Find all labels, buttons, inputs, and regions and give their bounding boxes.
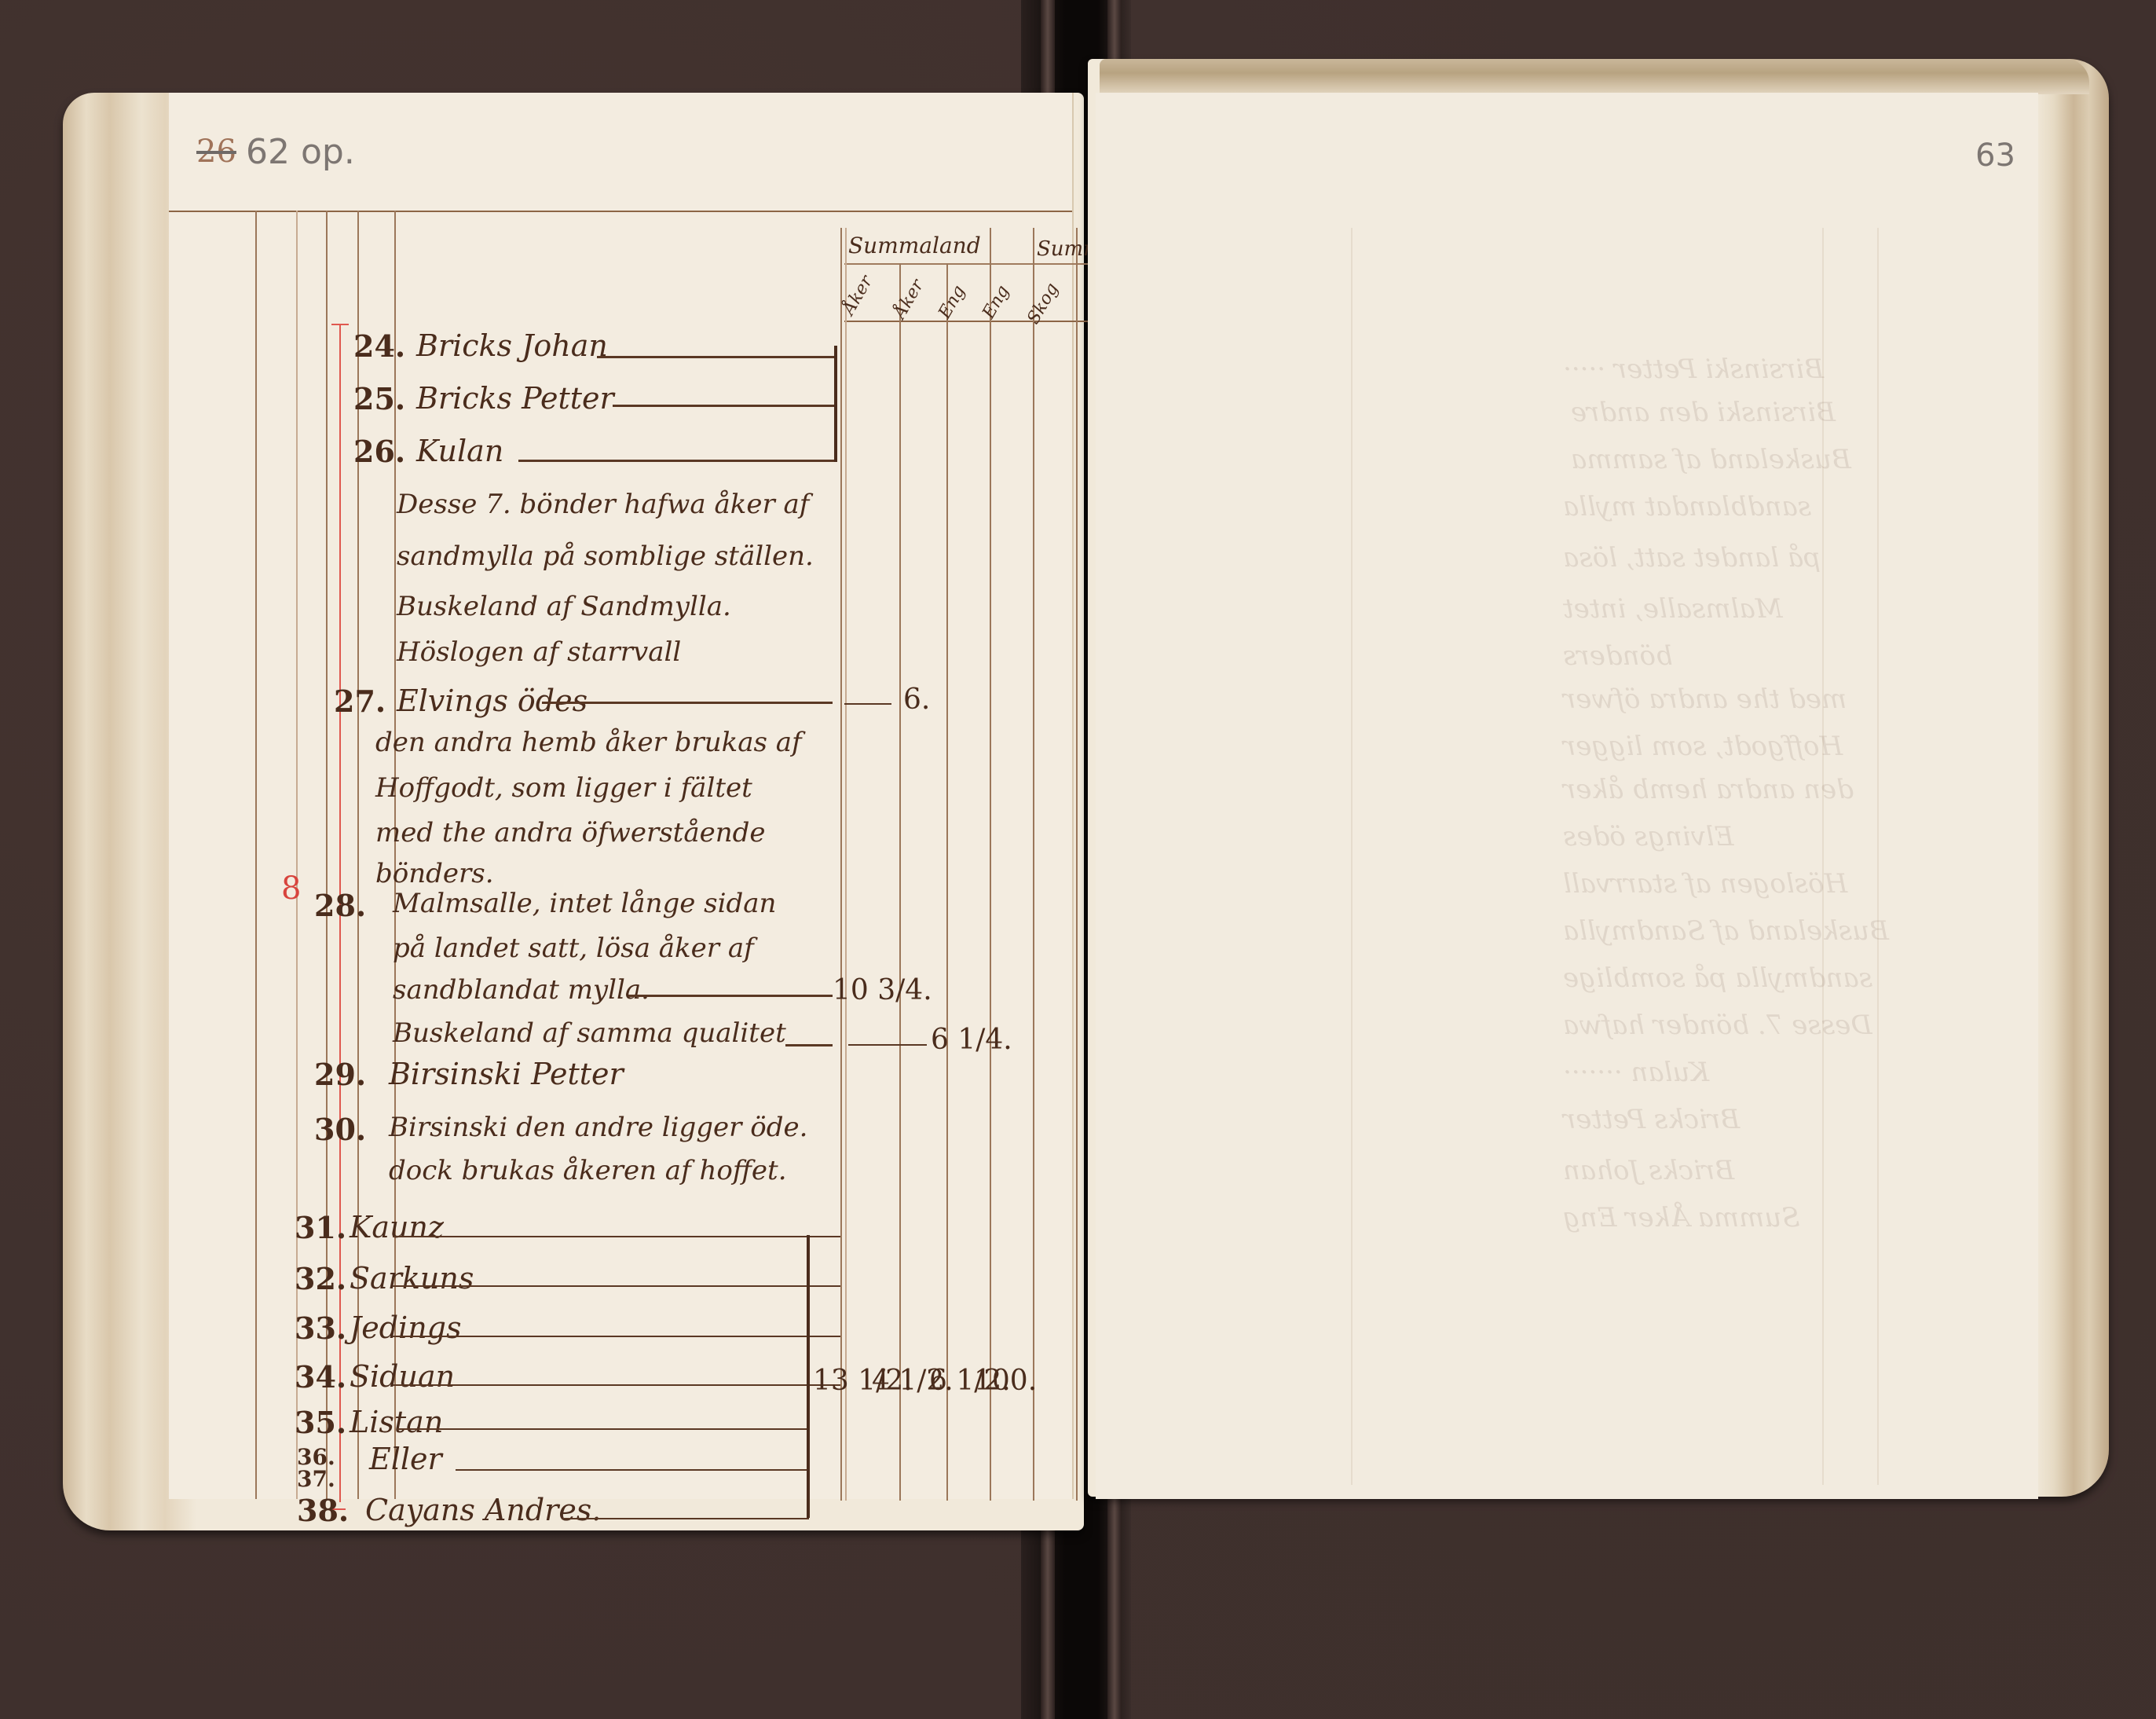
entry-number: 32. [295, 1261, 346, 1296]
entry-name: Listan [350, 1405, 443, 1439]
entry-leader-line [628, 995, 833, 997]
entry-number: 26. [353, 434, 405, 469]
column-line [255, 211, 257, 1499]
entry-leader-line [393, 1336, 840, 1337]
entry-leader-line [848, 1044, 927, 1046]
column-line [946, 263, 948, 1501]
bracket-24-26 [825, 346, 837, 462]
column-header-bottom-rule [844, 321, 1115, 322]
column-line [990, 228, 991, 1501]
struck-page-number: 26 [196, 134, 236, 170]
entry-leader-line [393, 1384, 840, 1386]
entry-note: Buskeland af samma qualitet [393, 1017, 786, 1049]
entry-leader-line [456, 1469, 809, 1471]
entry-name: Sarkuns [350, 1261, 474, 1296]
faint-column-line [1877, 228, 1879, 1485]
entry-name: Malmsalle, intet långe sidan [393, 888, 776, 919]
subheader-rule [844, 263, 1115, 265]
entry-leader-line [597, 356, 836, 358]
entry-name: Bricks Petter [416, 381, 614, 416]
entry-note: bönders. [375, 858, 494, 889]
entry-name: Bricks Johan [416, 328, 608, 363]
entry-leader-line [542, 702, 833, 704]
column-line [1033, 228, 1034, 1501]
entry-number: 24. [353, 328, 405, 364]
entry-note: med the andra öfwerstående [375, 817, 766, 849]
entry-note: Desse 7. bönder hafwa åker af [397, 489, 809, 520]
entry-number: 38. [297, 1493, 349, 1528]
entry-note: på landet satt, lösa åker af [393, 933, 754, 964]
entry-leader-line [518, 460, 836, 462]
column-line [840, 228, 842, 1501]
entry-note: dock brukas åkeren af hoffet. [389, 1155, 787, 1186]
entry-value: 6. [903, 684, 930, 716]
right-page-top-edge [1100, 59, 2089, 94]
column-line [845, 228, 847, 1501]
entry-number: 28. [314, 888, 366, 923]
entry-leader-line [393, 1285, 840, 1287]
column-line [296, 211, 298, 1499]
entry-number: 31. [295, 1210, 346, 1245]
entry-name: Birsinski den andre ligger öde. [389, 1112, 807, 1143]
entry-value: 6 1/4. [931, 1024, 1012, 1056]
entry-name: Elvings ödes [397, 684, 588, 718]
red-margin-tick [331, 324, 349, 325]
entry-leader-line [613, 405, 836, 407]
entry-name: Eller [369, 1442, 442, 1476]
entry-note: Höslogen af starrvall [397, 636, 681, 668]
entry-note: sandmylla på somblige ställen. [397, 541, 814, 572]
entry-name: Jedings [350, 1310, 462, 1345]
pencil-page-number-right: 63 [1975, 137, 2015, 174]
entry-number: 34. [295, 1359, 346, 1395]
entry-name: Siduan [350, 1359, 455, 1394]
entry-name: Kaunz [350, 1210, 444, 1244]
entry-note: den andra hemb åker brukas af [375, 727, 802, 758]
header-rule [169, 211, 1072, 212]
entry-number: 25. [353, 381, 405, 416]
pencil-page-number: 62 op. [246, 132, 355, 172]
bracket-31-38 [797, 1235, 810, 1518]
entry-number: 30. [314, 1112, 366, 1147]
entry-note: sandblandat mylla. [393, 974, 650, 1006]
entry-leader-line [844, 703, 891, 705]
entry-number: 35. [295, 1405, 346, 1440]
entry-leader-line [785, 1044, 833, 1046]
entry-value: 100. [974, 1365, 1037, 1397]
entry-leader-line [397, 1428, 809, 1430]
entry-number: 37. [297, 1466, 335, 1492]
entry-name: Cayans Andres. [365, 1493, 601, 1527]
entry-name: Birsinski Petter [389, 1057, 624, 1091]
entry-number: 33. [295, 1310, 346, 1346]
entry-note: Hoffgodt, som ligger i fältet [375, 772, 752, 804]
entry-value: 10 3/4. [833, 974, 932, 1006]
faint-column-line [1351, 228, 1353, 1485]
entry-number: 29. [314, 1057, 366, 1092]
column-group-header: Summaland [848, 233, 981, 258]
column-line [1076, 228, 1078, 1501]
entry-note: Buskeland af Sandmylla. [397, 591, 731, 622]
entry-name: Kulan [416, 434, 503, 468]
column-line [326, 211, 328, 1499]
margin-mark: 8 [281, 870, 301, 907]
entry-number: 27. [334, 684, 386, 719]
entry-leader-line [393, 1236, 840, 1237]
entry-leader-line [562, 1518, 809, 1519]
column-line [899, 263, 901, 1501]
